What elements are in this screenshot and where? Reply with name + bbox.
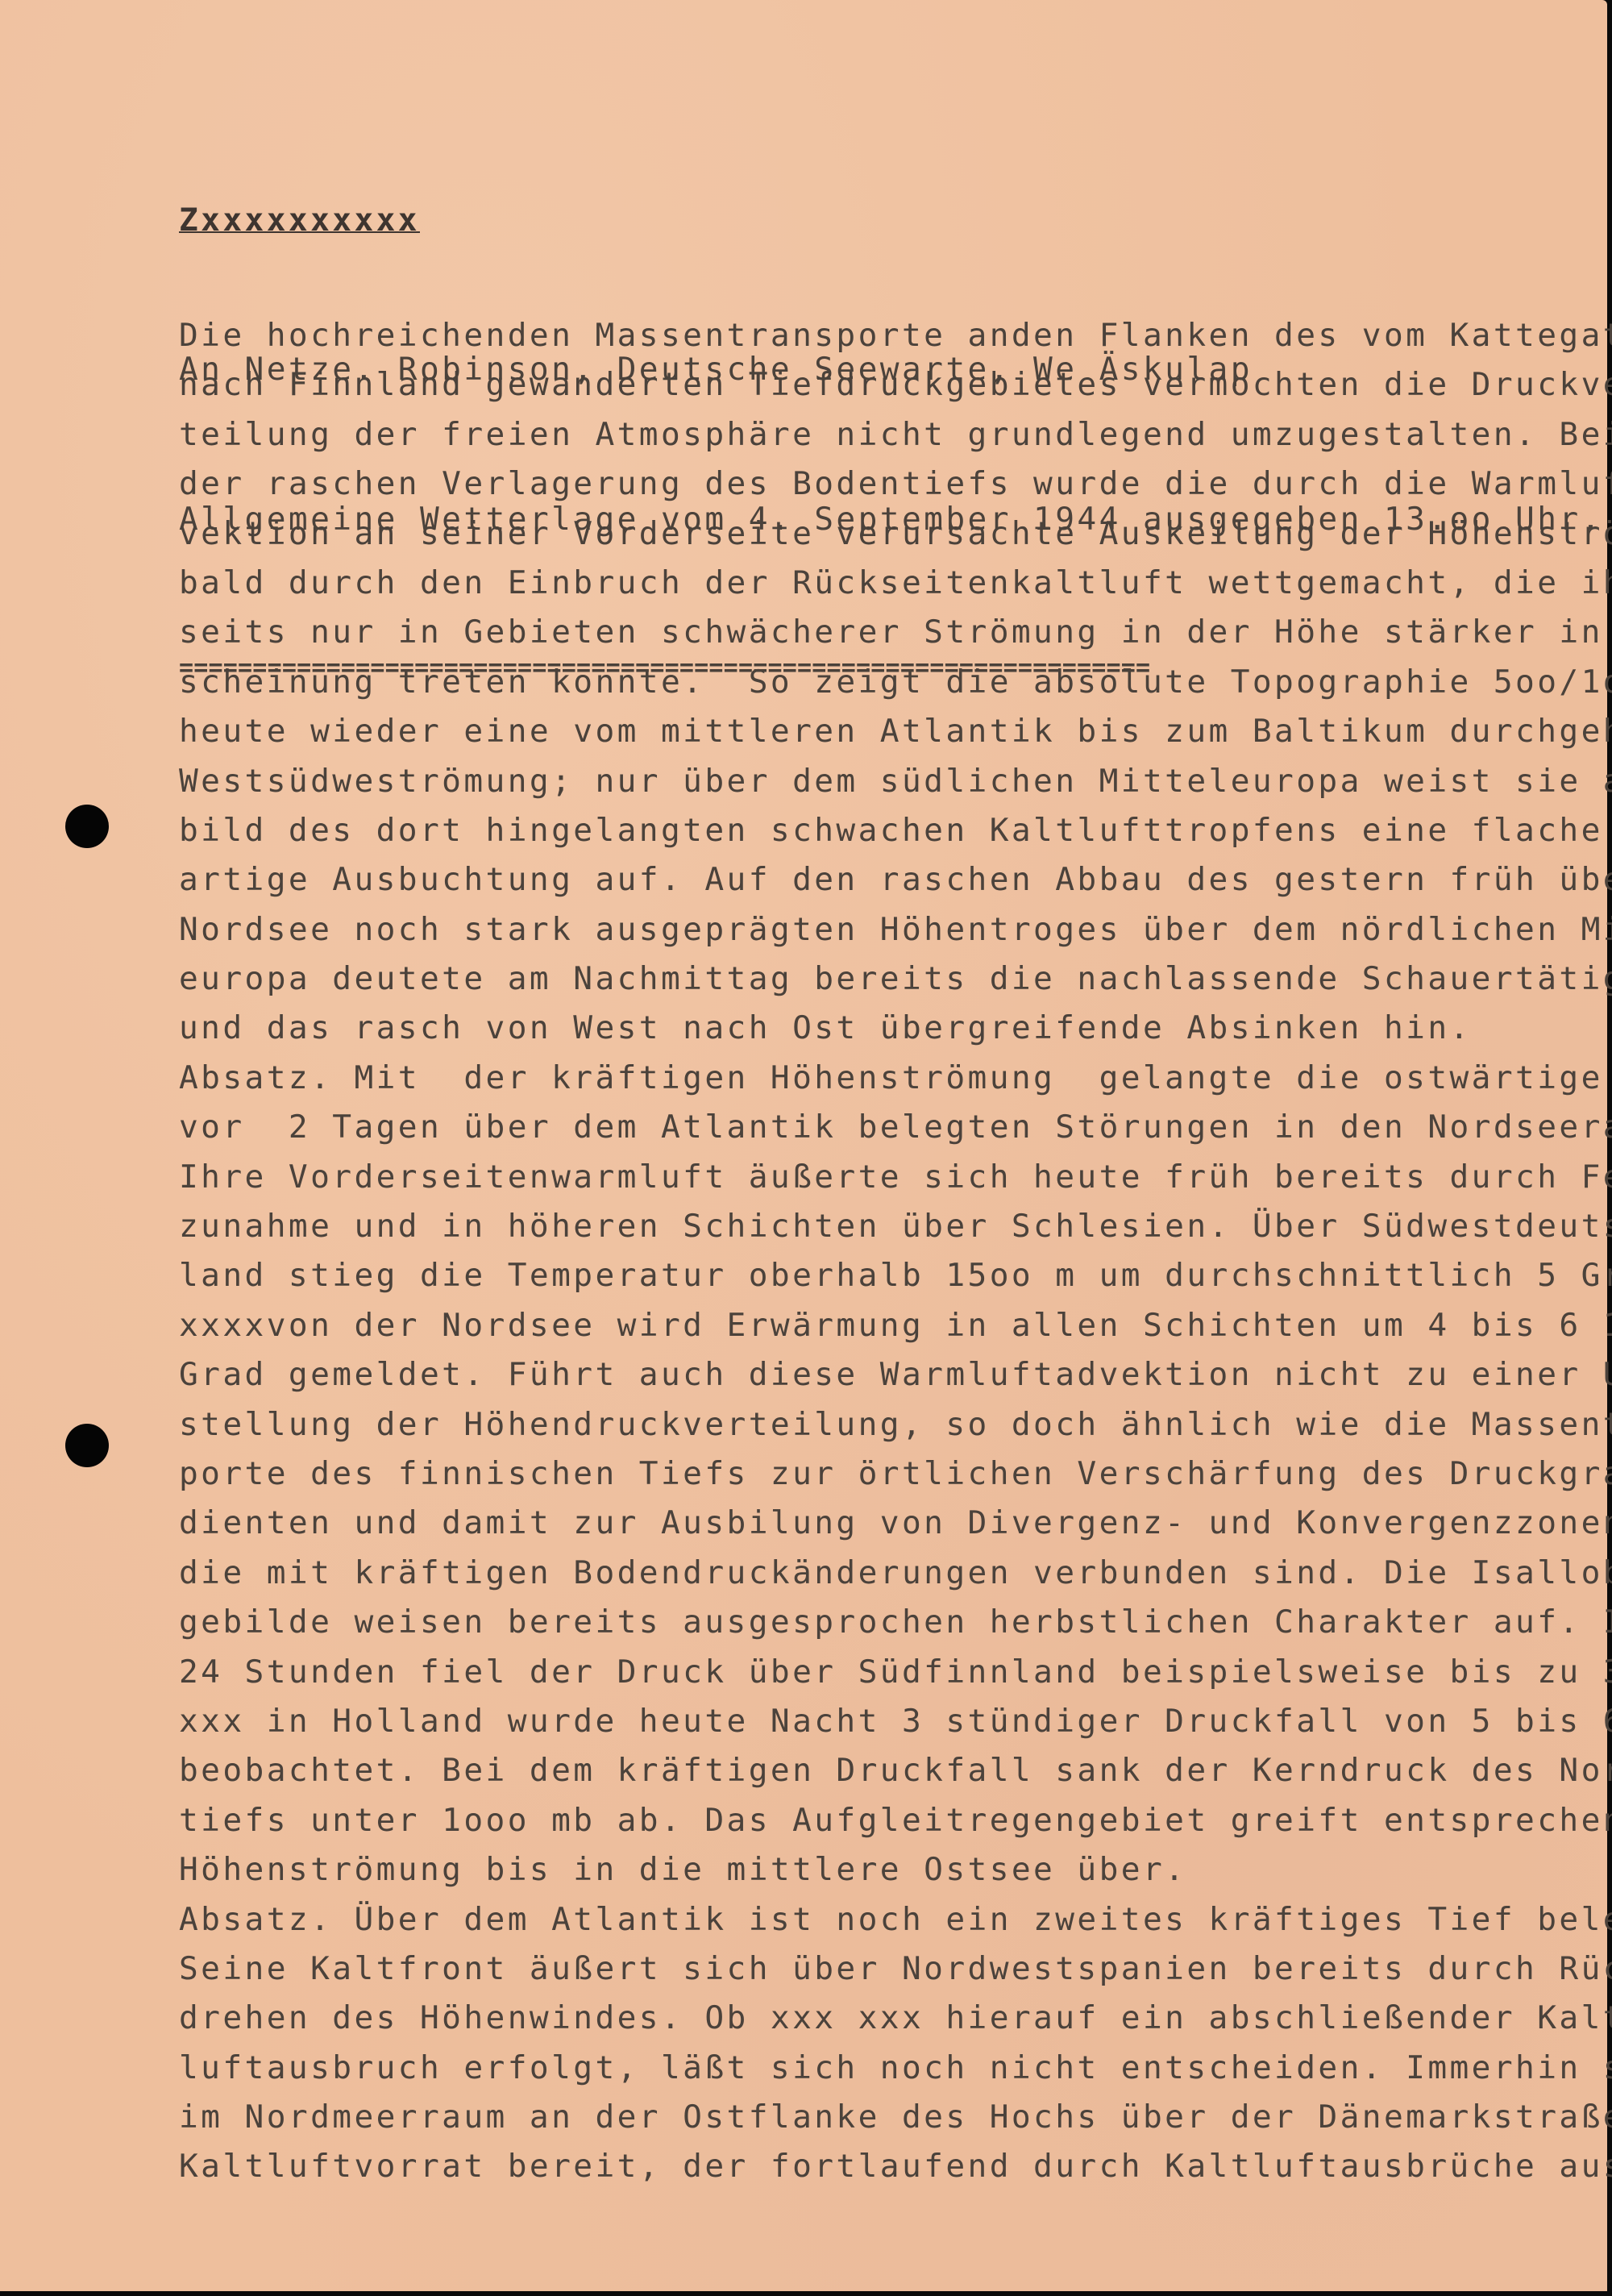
body-text-line: vor 2 Tagen über dem Atlantik belegten S…	[179, 1103, 1612, 1152]
body-text-line: Nordsee noch stark ausgeprägten Höhentro…	[179, 905, 1612, 955]
body-text-line: artige Ausbuchtung auf. Auf den raschen …	[179, 855, 1612, 905]
body-text-line: dienten und damit zur Ausbilung von Dive…	[179, 1499, 1612, 1548]
typewritten-page: Zxxxxxxxxxx An Netze. Robinson, Deutsche…	[0, 0, 1607, 2291]
body-text-line: teilung der freien Atmosphäre nicht grun…	[179, 410, 1612, 460]
body-text-line: der raschen Verlagerung des Bodentiefs w…	[179, 460, 1612, 509]
body-text-line: tiefs unter 1ooo mb ab. Das Aufgleitrege…	[179, 1796, 1612, 1845]
punch-hole-lower	[65, 1424, 109, 1467]
punch-hole-upper	[65, 805, 109, 848]
body-text-line: land stieg die Temperatur oberhalb 15oo …	[179, 1251, 1612, 1300]
body-text-line: xxxxvon der Nordsee wird Erwärmung in al…	[179, 1301, 1612, 1350]
body-text-line: Absatz. Mit der kräftigen Höhenströmung …	[179, 1054, 1612, 1103]
body-text-line: Grad gemeldet. Führt auch diese Warmluft…	[179, 1350, 1612, 1400]
body-text-line: nach Finnland gewanderten Tiefdruckgebie…	[179, 360, 1612, 410]
body-text-line: Höhenströmung bis in die mittlere Ostsee…	[179, 1845, 1612, 1895]
body-text-line: 24 Stunden fiel der Druck über Südfinnla…	[179, 1648, 1612, 1697]
body-text-line: europa deutete am Nachmittag bereits die…	[179, 955, 1612, 1004]
body-text-line: Die hochreichenden Massentransporte ande…	[179, 311, 1612, 360]
body-text-line: und das rasch von West nach Ost übergrei…	[179, 1004, 1612, 1053]
body-text-line: bild des dort hingelangten schwachen Kal…	[179, 806, 1612, 855]
body-text-line: gebilde weisen bereits ausgesprochen her…	[179, 1598, 1612, 1647]
body-text-line: Ihre Vorderseitenwarmluft äußerte sich h…	[179, 1153, 1612, 1202]
body-text-line: zunahme und in höheren Schichten über Sc…	[179, 1202, 1612, 1251]
body-text-line: drehen des Höhenwindes. Ob xxx xxx hiera…	[179, 1994, 1612, 2043]
body-text-line: heute wieder eine vom mittleren Atlantik…	[179, 707, 1612, 756]
body-text-line: Westsüdweströmung; nur über dem südliche…	[179, 757, 1612, 806]
body-text-line: beobachtet. Bei dem kräftigen Druckfall …	[179, 1746, 1612, 1795]
body-text-line: Seine Kaltfront äußert sich über Nordwes…	[179, 1945, 1612, 1994]
struck-out-line: Zxxxxxxxxxx	[179, 195, 1603, 244]
body-text-line: Absatz. Über dem Atlantik ist noch ein z…	[179, 1895, 1612, 1945]
body-text-line: im Nordmeerraum an der Ostflanke des Hoc…	[179, 2093, 1612, 2142]
body-text-line: vektion an seiner Vorderseite verursacht…	[179, 510, 1612, 559]
body-text-line: seits nur in Gebieten schwächerer Strömu…	[179, 608, 1612, 657]
body-text-line: scheinung treten konnte. So zeigt die ab…	[179, 658, 1612, 707]
body-text-line: porte des finnischen Tiefs zur örtlichen…	[179, 1450, 1612, 1499]
body-text-line: stellung der Höhendruckverteilung, so do…	[179, 1400, 1612, 1450]
body-text-line: die mit kräftigen Bodendruckänderungen v…	[179, 1549, 1612, 1598]
document-body: Die hochreichenden Massentransporte ande…	[179, 311, 1612, 2192]
body-text-line: luftausbruch erfolgt, läßt sich noch nic…	[179, 2044, 1612, 2093]
body-text-line: bald durch den Einbruch der Rückseitenka…	[179, 559, 1612, 608]
body-text-line: xxx in Holland wurde heute Nacht 3 stünd…	[179, 1697, 1612, 1746]
body-text-line: Kaltluftvorrat bereit, der fortlaufend d…	[179, 2142, 1612, 2191]
